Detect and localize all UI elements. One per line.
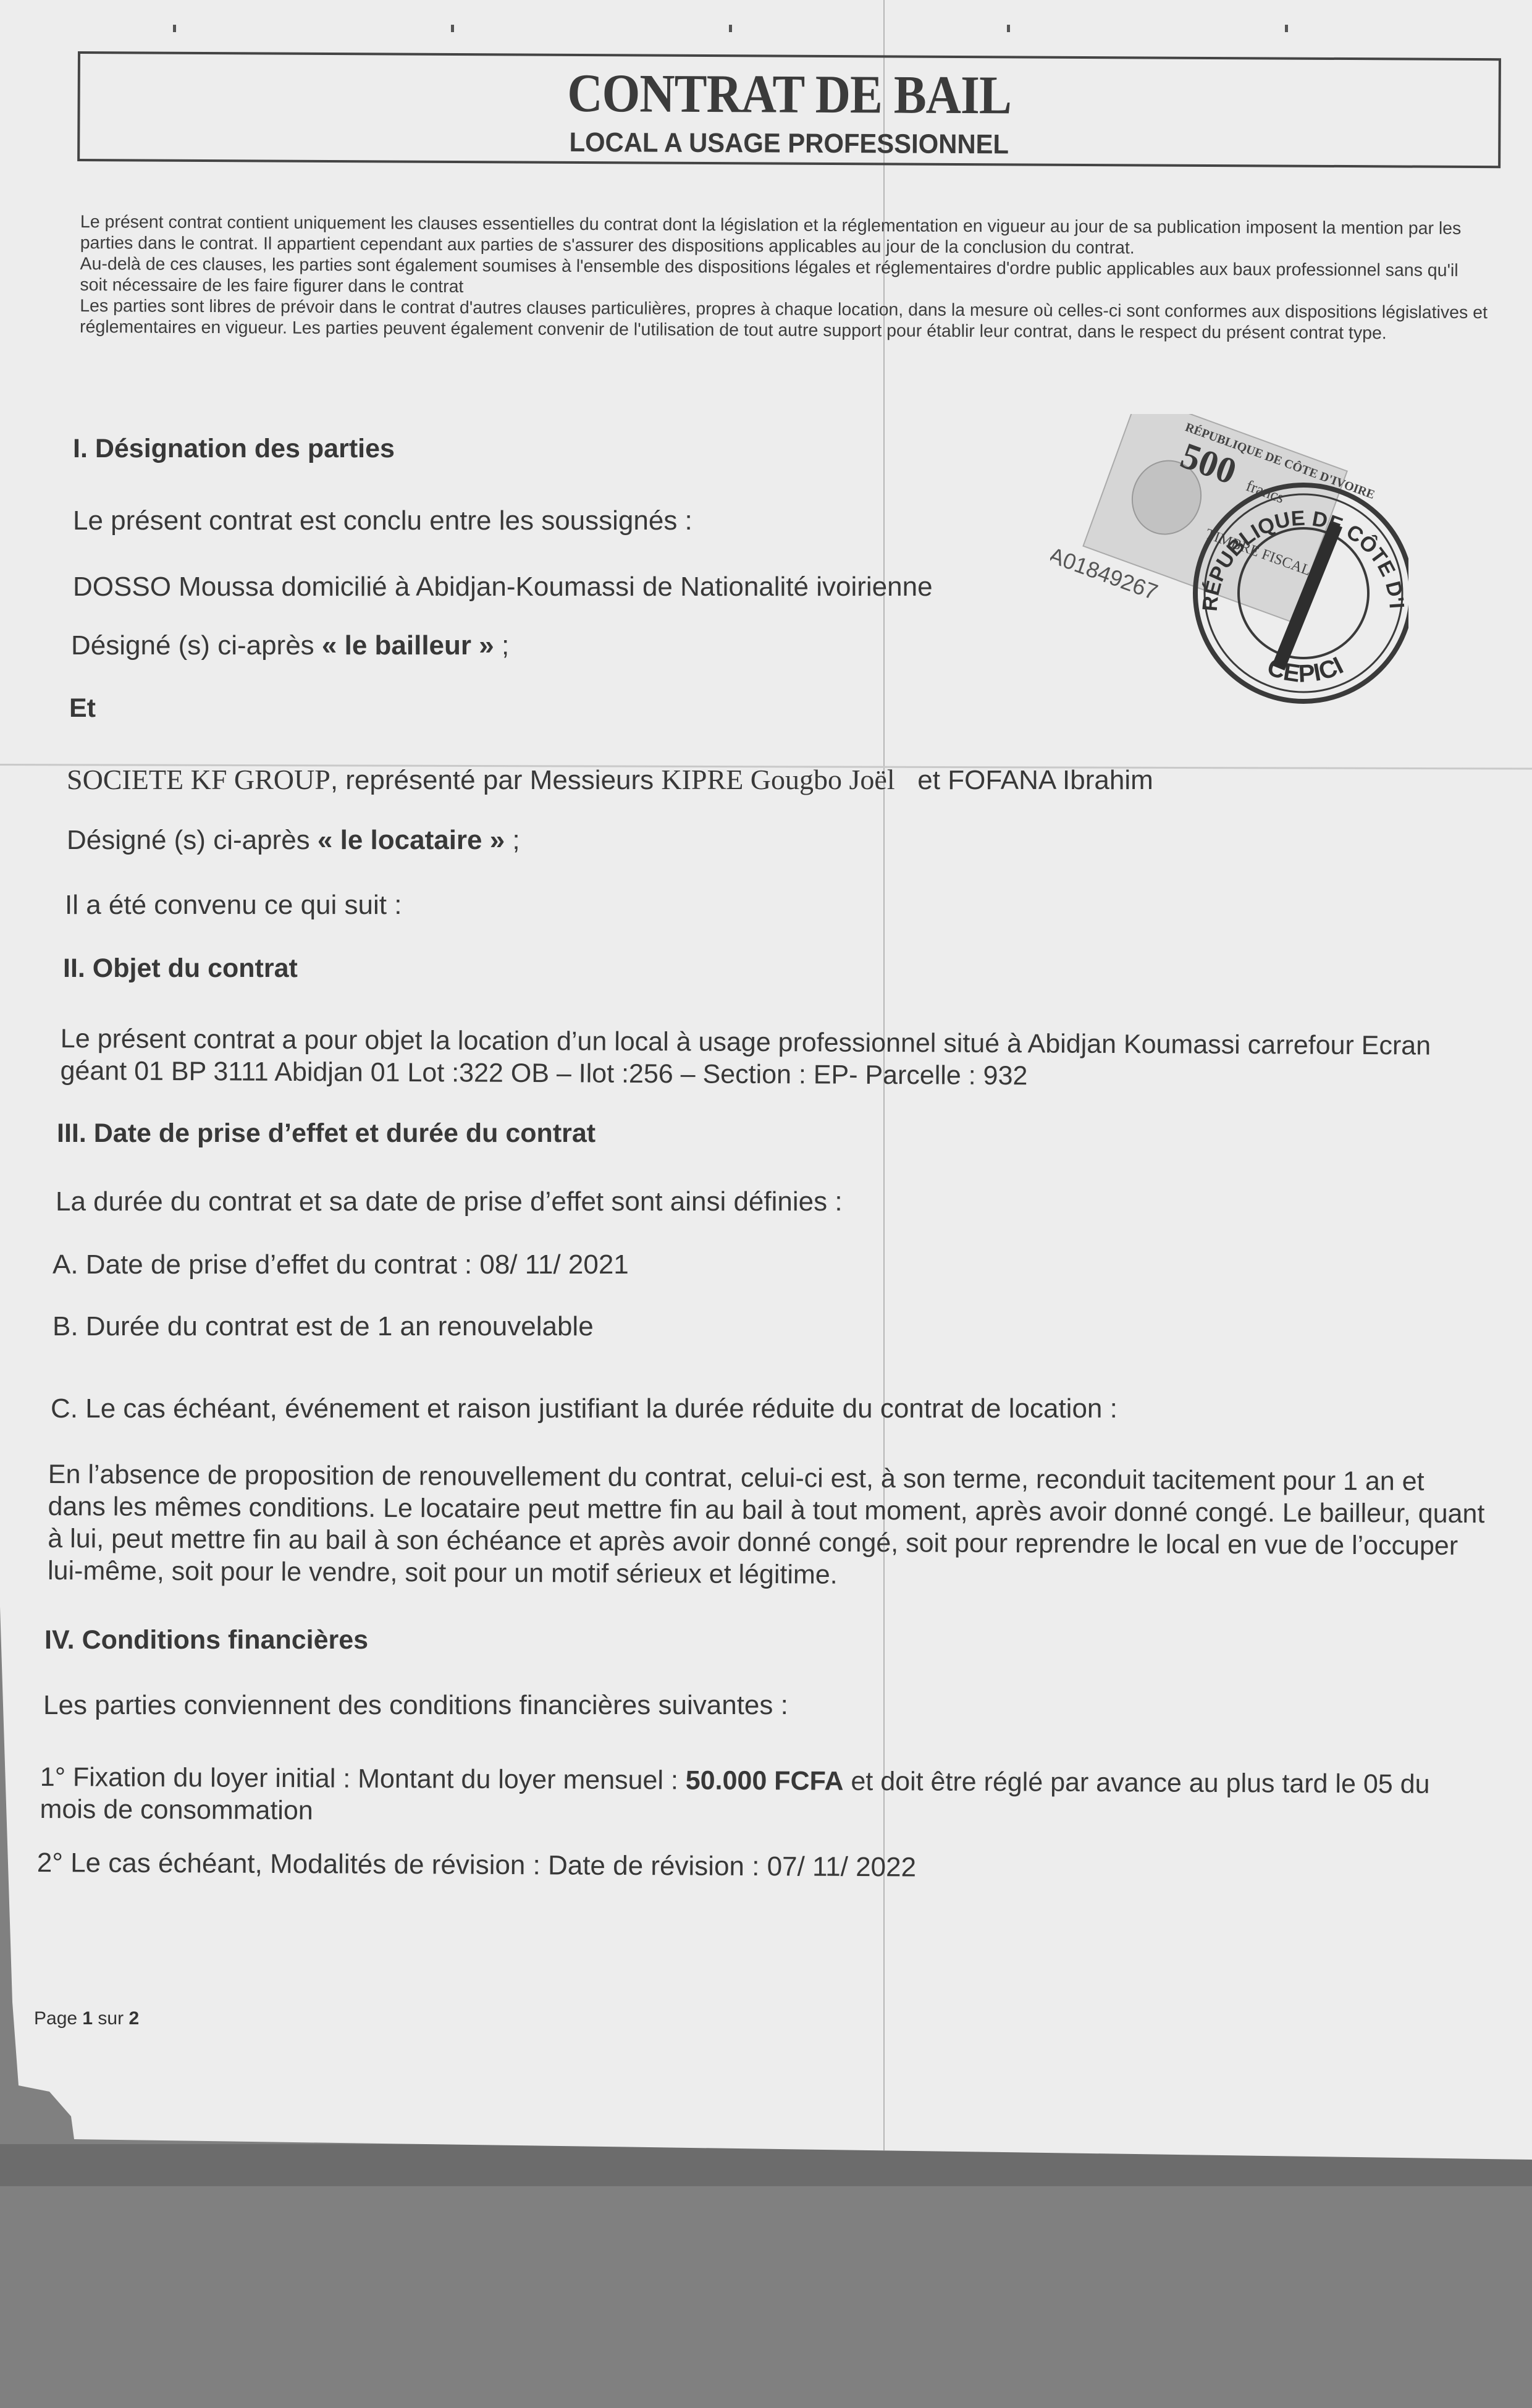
- designation-suffix: ;: [494, 630, 509, 661]
- designation-suffix: ;: [505, 825, 520, 855]
- designation-prefix: Désigné (s) ci-après: [67, 825, 318, 855]
- page-number: Page 1 sur 2: [34, 2008, 139, 2029]
- rent-prefix: 1° Fixation du loyer initial : Montant d…: [40, 1762, 686, 1795]
- preamble-paragraph: Au-delà de ces clauses, les parties sont…: [80, 253, 1488, 302]
- perforation-marks: [173, 25, 1408, 37]
- section-3-heading: III. Date de prise d’effet et durée du c…: [57, 1118, 596, 1149]
- preamble: Le présent contrat contient uniquement l…: [80, 211, 1489, 344]
- renewal-terms: En l’absence de proposition de renouvell…: [48, 1458, 1488, 1594]
- section-3-intro: La durée du contrat et sa date de prise …: [56, 1186, 843, 1217]
- section-4-heading: IV. Conditions financières: [44, 1625, 368, 1655]
- reduced-duration-reason: C. Le cas échéant, événement et raison j…: [51, 1393, 1117, 1424]
- contract-duration: B. Durée du contrat est de 1 an renouvel…: [53, 1311, 594, 1342]
- contract-object-text: Le présent contrat a pour objet la locat…: [60, 1023, 1500, 1094]
- tenant-represented: , représenté par Messieurs: [330, 765, 662, 795]
- page-label: Page: [34, 2008, 82, 2029]
- section-1-heading: I. Désignation des parties: [73, 434, 395, 464]
- preamble-paragraph: Le présent contrat contient uniquement l…: [80, 211, 1489, 260]
- fiscal-stamp-and-seal: RÉPUBLIQUE DE CÔTE D'IVOIRE 500 francs T…: [1050, 414, 1408, 711]
- title-box: CONTRAT DE BAIL LOCAL A USAGE PROFESSION…: [77, 51, 1501, 168]
- tenant-representative-2: et FOFANA Ibrahim: [895, 765, 1153, 795]
- agreement-statement: Il a été convenu ce qui suit :: [65, 890, 402, 921]
- designation-prefix: Désigné (s) ci-après: [71, 630, 322, 661]
- section-4-intro: Les parties conviennent des conditions f…: [43, 1690, 788, 1721]
- landlord-identity: DOSSO Moussa domicilié à Abidjan-Koumass…: [73, 572, 933, 602]
- tenant-company: SOCIETE KF GROUP: [67, 764, 330, 795]
- document-title: CONTRAT DE BAIL: [151, 61, 1428, 129]
- effective-date: A. Date de prise d’effet du contrat : 08…: [53, 1249, 629, 1280]
- tenant-designation: Désigné (s) ci-après « le locataire » ;: [67, 825, 520, 856]
- and-separator: Et: [69, 693, 96, 724]
- preamble-paragraph: Les parties sont libres de prévoir dans …: [80, 295, 1488, 344]
- landlord-designation: Désigné (s) ci-après « le bailleur » ;: [71, 630, 509, 661]
- landlord-term: « le bailleur »: [322, 630, 494, 661]
- section-2-heading: II. Objet du contrat: [63, 953, 298, 984]
- page-total: 2: [128, 2008, 139, 2029]
- tenant-identity: SOCIETE KF GROUP, représenté par Messieu…: [67, 763, 1153, 796]
- page-current: 1: [82, 2008, 93, 2029]
- tenant-term: « le locataire »: [318, 825, 505, 855]
- document-page: CONTRAT DE BAIL LOCAL A USAGE PROFESSION…: [0, 0, 1532, 2163]
- document-subtitle: LOCAL A USAGE PROFESSIONNEL: [116, 125, 1463, 163]
- section-1-intro: Le présent contrat est conclu entre les …: [73, 505, 692, 536]
- monthly-rent: 50.000 FCFA: [686, 1765, 844, 1796]
- tenant-representative-1: KIPRE Gougbo Joël: [661, 764, 894, 795]
- page-separator: sur: [93, 2008, 128, 2029]
- revision-date: 2° Le cas échéant, Modalités de révision…: [37, 1848, 916, 1883]
- rent-amount-clause: 1° Fixation du loyer initial : Montant d…: [40, 1761, 1479, 1833]
